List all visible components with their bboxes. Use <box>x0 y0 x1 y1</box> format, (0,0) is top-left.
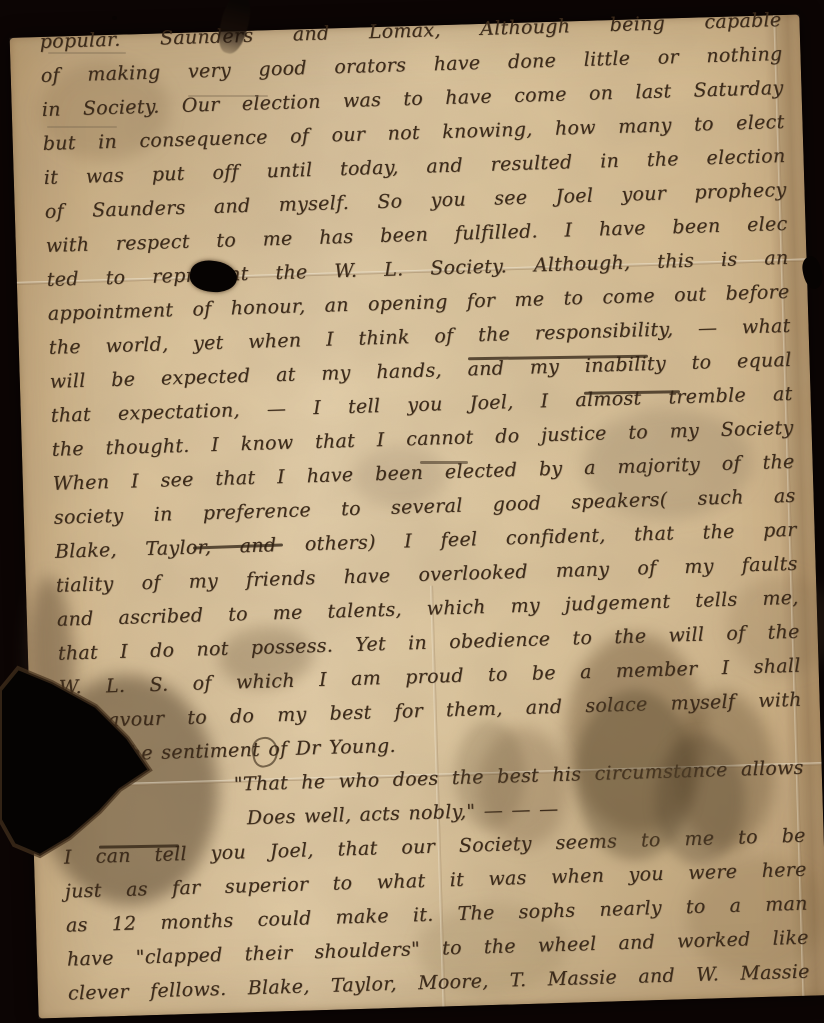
letter-scan: popular. Saunders and Lomax, Although be… <box>0 0 824 1023</box>
letter-paper: popular. Saunders and Lomax, Although be… <box>10 14 824 1018</box>
ink-speck <box>112 16 117 20</box>
letter-text: popular. Saunders and Lomax, Although be… <box>39 3 810 1011</box>
